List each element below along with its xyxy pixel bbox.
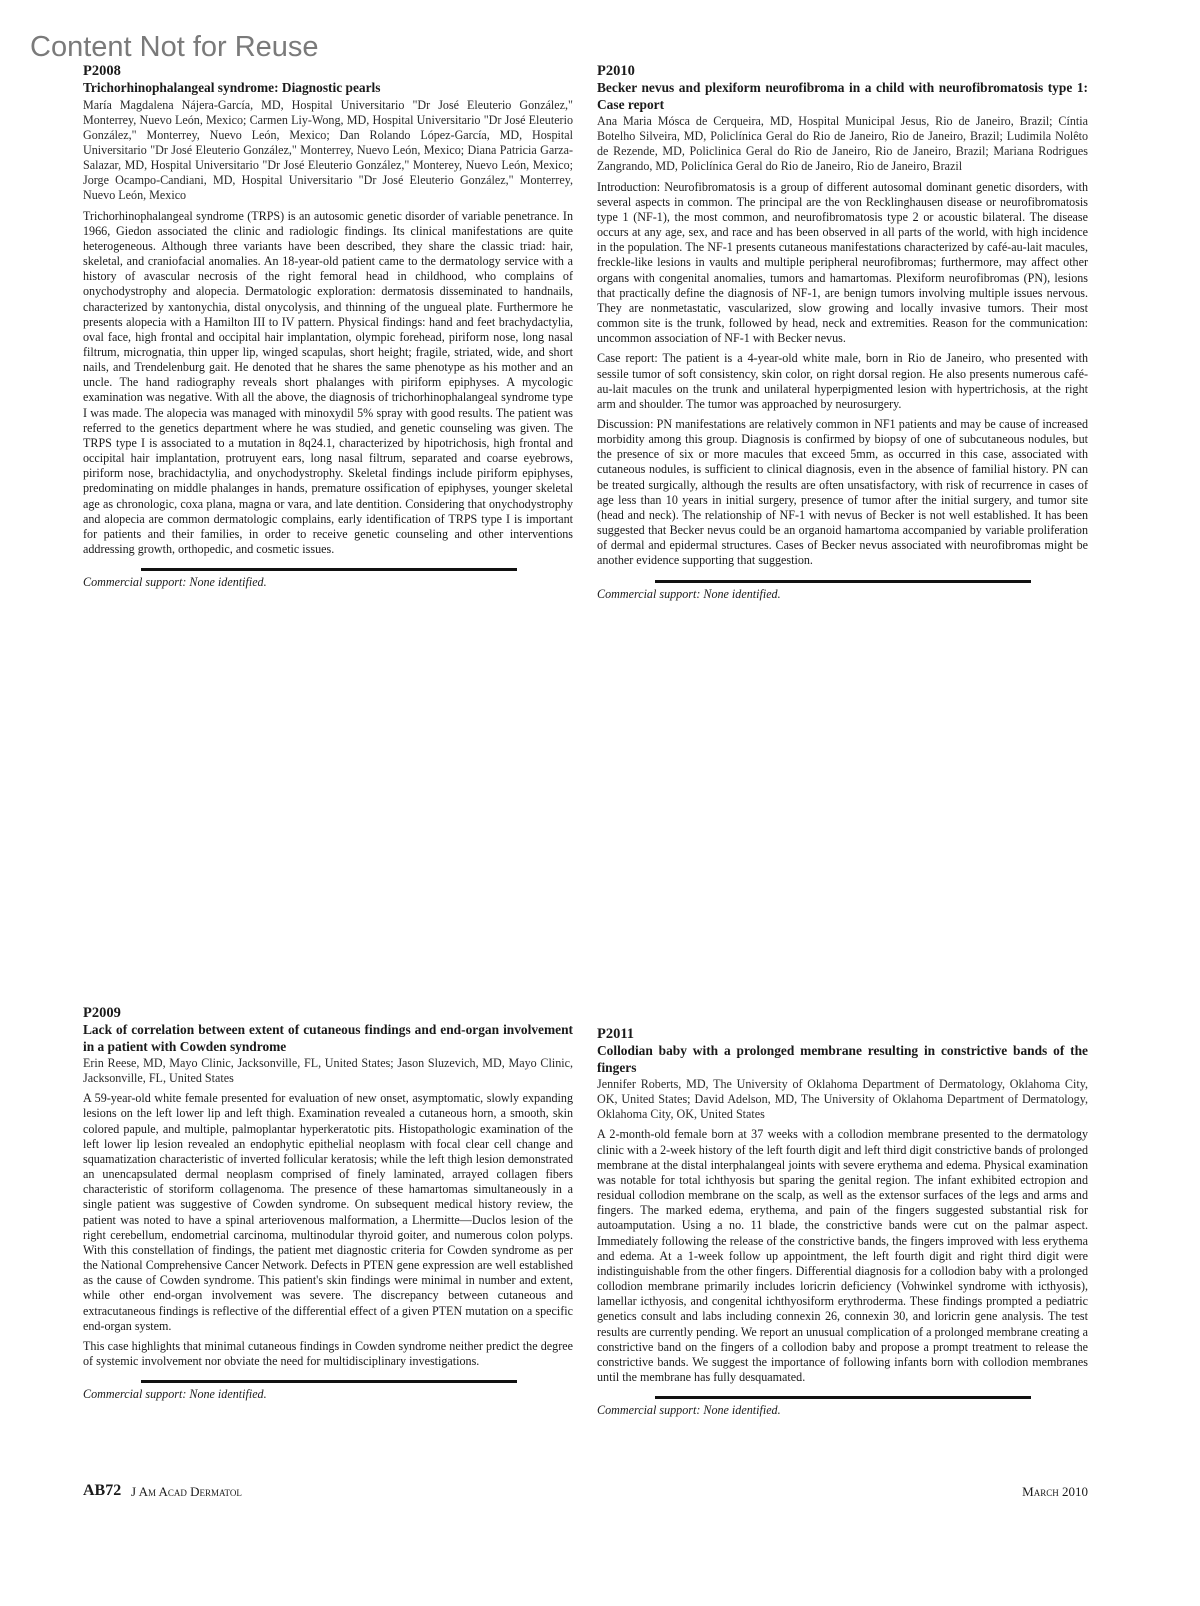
- abstract-authors: Erin Reese, MD, Mayo Clinic, Jacksonvill…: [83, 1056, 573, 1086]
- abstract-p2009: P2009 Lack of correlation between extent…: [83, 1004, 573, 1402]
- abstract-p2008: P2008 Trichorhinophalangeal syndrome: Di…: [83, 62, 573, 590]
- abstract-paragraph-introduction: Introduction: Neurofibromatosis is a gro…: [597, 180, 1088, 347]
- abstract-id: P2009: [83, 1004, 573, 1022]
- abstract-paragraph: A 59-year-old white female presented for…: [83, 1091, 573, 1334]
- abstract-id: P2008: [83, 62, 573, 80]
- abstract-title: Becker nevus and plexiform neurofibroma …: [597, 80, 1088, 113]
- commercial-support: Commercial support: None identified.: [83, 575, 573, 590]
- commercial-support: Commercial support: None identified.: [597, 587, 1088, 602]
- abstract-paragraph: A 2-month-old female born at 37 weeks wi…: [597, 1127, 1088, 1385]
- commercial-support: Commercial support: None identified.: [83, 1387, 573, 1402]
- abstract-p2011: P2011 Collodian baby with a prolonged me…: [597, 1025, 1088, 1418]
- journal-name: J Am Acad Dermatol: [131, 1484, 242, 1500]
- abstract-paragraph: Trichorhinophalangeal syndrome (TRPS) is…: [83, 209, 573, 558]
- abstract-paragraph-case-report: Case report: The patient is a 4-year-old…: [597, 351, 1088, 412]
- page-footer: AB72 J Am Acad Dermatol March 2010: [83, 1482, 1088, 1502]
- divider-rule: [141, 1380, 517, 1383]
- commercial-support: Commercial support: None identified.: [597, 1403, 1088, 1418]
- abstract-authors: María Magdalena Nájera-García, MD, Hospi…: [83, 98, 573, 204]
- abstract-id: P2010: [597, 62, 1088, 80]
- page-number: AB72: [83, 1482, 121, 1500]
- divider-rule: [655, 580, 1031, 583]
- watermark: Content Not for Reuse: [30, 30, 319, 64]
- abstract-title: Trichorhinophalangeal syndrome: Diagnost…: [83, 80, 573, 97]
- abstract-title: Collodian baby with a prolonged membrane…: [597, 1043, 1088, 1076]
- divider-rule: [655, 1396, 1031, 1399]
- abstract-title: Lack of correlation between extent of cu…: [83, 1022, 573, 1055]
- abstract-id: P2011: [597, 1025, 1088, 1043]
- abstract-authors: Ana Maria Mósca de Cerqueira, MD, Hospit…: [597, 114, 1088, 175]
- abstract-authors: Jennifer Roberts, MD, The University of …: [597, 1077, 1088, 1122]
- abstract-paragraph-discussion: Discussion: PN manifestations are relati…: [597, 417, 1088, 569]
- issue-date: March 2010: [1022, 1484, 1088, 1500]
- abstract-p2010: P2010 Becker nevus and plexiform neurofi…: [597, 62, 1088, 602]
- abstract-paragraph-conclusion: This case highlights that minimal cutane…: [83, 1339, 573, 1369]
- divider-rule: [141, 568, 517, 571]
